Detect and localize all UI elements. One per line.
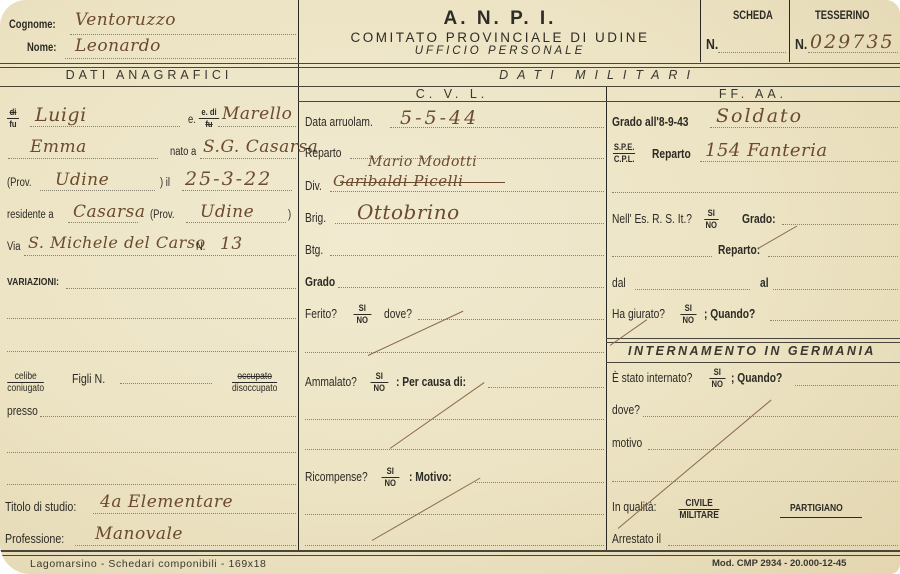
div-label: Div.: [305, 179, 322, 193]
tesserino-n-label: N.: [795, 36, 807, 53]
ferito-no: NO: [354, 315, 371, 326]
di-fu-selector: di fu: [7, 107, 19, 130]
grado-line: [338, 287, 604, 288]
res-prov-line: [186, 222, 286, 223]
motivo-label: : Motivo:: [409, 470, 452, 484]
rsi-cancel-mark: [758, 226, 797, 249]
il-line: [182, 190, 292, 191]
il-label: ) il: [160, 177, 170, 189]
ammalato-label: Ammalato?: [305, 375, 357, 389]
nome-line: [65, 58, 296, 59]
org-title: A. N. P. I.: [300, 8, 700, 30]
tesserino-value: 029735: [810, 31, 895, 53]
prov-label: (Prov.: [7, 177, 31, 189]
ffaa-reparto-label: Reparto: [652, 147, 691, 161]
section-ffaa: FF. AA.: [606, 87, 900, 101]
div-value-correction: Mario Modotti: [368, 154, 477, 170]
variazioni-line-1: [66, 288, 296, 289]
rsi-grado-label: Grado:: [742, 212, 776, 226]
marital-status-selector: celibe coniugato: [7, 371, 44, 394]
variazioni-line-2: [7, 318, 296, 319]
presso-line: [40, 416, 296, 417]
prov-value: Udine: [55, 170, 109, 190]
rule-subsection: [298, 101, 900, 102]
giurato-quando-line: [770, 320, 898, 321]
org-block: A. N. P. I. COMITATO PROVINCIALE DI UDIN…: [300, 8, 700, 57]
per-causa-line: [488, 387, 604, 388]
rule-internamento-bottom: [606, 362, 900, 363]
model-number: Mod. CMP 2934 - 20.000-12-45: [712, 558, 846, 569]
e-di-label: e. di: [199, 107, 219, 118]
nato-a-line: [200, 158, 296, 159]
coniugato-label: coniugato: [7, 383, 44, 394]
ricompense-si: SI: [382, 466, 399, 478]
ricompense-line-2: [305, 514, 604, 515]
divider-cvl-ffaa: [606, 87, 607, 552]
partisan-record-card: Cognome: Ventoruzzo Nome: Leonardo A. N.…: [0, 0, 900, 574]
ffaa-reparto-line: [700, 161, 898, 162]
mother-line-1: [218, 126, 296, 127]
ammalato-si-no: SI NO: [371, 371, 388, 394]
ammalato-line-3: [305, 449, 604, 450]
internato-quando-label: ; Quando?: [731, 371, 782, 385]
ferito-cancel-mark: [368, 311, 464, 356]
giurato-no: NO: [680, 315, 696, 326]
professione-line: [75, 545, 296, 546]
occupation-status-selector: occupato disoccupato: [232, 371, 277, 394]
ricompense-label: Ricompense?: [305, 470, 368, 484]
int-motivo-line: [648, 449, 898, 450]
occupato-label: occupato: [232, 371, 277, 383]
nome-value: Leonardo: [75, 36, 161, 56]
divider-scheda: [700, 0, 701, 62]
section-internamento: INTERNAMENTO IN GERMANIA: [628, 344, 876, 358]
blank-line-2: [7, 484, 296, 485]
rsi-label: Nell' Es. R. S. It.?: [612, 212, 692, 226]
rsi-reparto-label: Reparto:: [718, 243, 760, 257]
data-arruolam-value: 5-5-44: [400, 107, 479, 129]
org-office: UFFICIO PERSONALE: [300, 45, 700, 57]
titolo-line: [93, 513, 296, 514]
nato-a-label: nato a: [170, 146, 196, 158]
tesserino-label: TESSERINO: [815, 10, 870, 22]
e-di-fu-selector: e. di fu: [199, 107, 219, 130]
scheda-line: [718, 52, 786, 53]
figli-label: Figli N.: [72, 371, 105, 386]
mother-line-2: [8, 158, 158, 159]
internato-no: NO: [709, 379, 725, 390]
rule-internamento-top: [606, 338, 900, 343]
giurato-quando-label: ; Quando?: [704, 307, 755, 321]
civile-militare-selector: CIVILE MILITARE: [679, 498, 720, 521]
ricompense-si-no: SI NO: [382, 466, 399, 489]
div-value-struck: Garibaldi Picelli: [333, 172, 463, 190]
grado-8-9-43-line: [710, 127, 898, 128]
ffaa-blank-line: [612, 192, 898, 193]
brig-value: Ottobrino: [357, 200, 460, 224]
int-dove-line: [643, 416, 898, 417]
father-value: Luigi: [35, 104, 87, 126]
int-dove-label: dove?: [612, 403, 640, 417]
rsi-reparto-line: [768, 256, 898, 257]
res-prov-close: ): [288, 209, 291, 221]
rsi-no: NO: [704, 220, 718, 231]
blank-line-1: [7, 452, 296, 453]
titolo-studio-value: 4a Elementare: [100, 492, 233, 512]
father-line: [30, 126, 180, 127]
internato-si: SI: [709, 367, 725, 379]
ammalato-line-2: [305, 419, 604, 420]
grado-8-9-43-label: Grado all'8-9-43: [612, 115, 689, 129]
spe-label: S.P.E.: [613, 142, 635, 154]
disoccupato-label: disoccupato: [232, 383, 277, 394]
divider-left: [298, 0, 299, 552]
giurato-si: SI: [680, 303, 696, 315]
divider-tesserino: [789, 0, 790, 62]
mother-value-part1: Marello: [222, 104, 292, 124]
res-prov-label: (Prov.: [150, 209, 174, 221]
section-dati-militari: DATI MILITARI: [298, 68, 900, 82]
al-line: [773, 289, 898, 290]
birth-date-value: 25-3-22: [185, 168, 272, 190]
via-n-value: 13: [220, 234, 243, 254]
data-arruolam-line: [390, 127, 604, 128]
rsi-si-no: SI NO: [704, 208, 718, 231]
figli-line: [120, 383, 212, 384]
tesserino-line: [808, 52, 898, 53]
variazioni-line-3: [7, 351, 296, 352]
ffaa-reparto-value: 154 Fanteria: [705, 140, 828, 161]
section-dati-anagrafici: DATI ANAGRAFICI: [0, 68, 298, 82]
rsi-blank-line: [612, 256, 712, 257]
dal-label: dal: [612, 276, 626, 290]
internato-si-no: SI NO: [709, 367, 725, 390]
prov-line: [40, 190, 155, 191]
e-label: e.: [188, 114, 196, 126]
giurato-si-no: SI NO: [680, 303, 696, 326]
mother-value-part2: Emma: [30, 137, 87, 157]
cognome-line: [70, 34, 296, 35]
org-subtitle: COMITATO PROVINCIALE DI UDINE: [300, 30, 700, 45]
internato-label: È stato internato?: [612, 371, 692, 385]
ferito-si: SI: [354, 303, 371, 315]
ricompense-line-3: [305, 545, 604, 546]
section-cvl: C. V. L.: [298, 87, 606, 101]
printer-credit: Lagomarsino - Schedari componibili - 169…: [30, 558, 267, 570]
ferito-line-2: [305, 352, 604, 353]
ferito-dove-label: dove?: [384, 307, 412, 321]
grado-8-9-43-value: Soldato: [716, 105, 803, 127]
arrestato-label: Arrestato il: [612, 532, 661, 546]
nato-a-value: S.G. Casarsa: [203, 137, 318, 157]
militare-label: MILITARE: [679, 510, 720, 521]
e-fu-label: fu: [199, 118, 219, 130]
al-label: al: [760, 276, 769, 290]
presso-label: presso: [7, 404, 38, 418]
ammalato-no: NO: [371, 383, 388, 394]
per-causa-label: : Per causa di:: [396, 375, 466, 389]
cpl-label: C.P.L.: [613, 154, 635, 165]
dal-line: [635, 289, 750, 290]
ferito-si-no: SI NO: [354, 303, 371, 326]
professione-label: Professione:: [5, 531, 64, 546]
res-prov-value: Udine: [200, 202, 254, 222]
scheda-label: SCHEDA: [733, 10, 773, 22]
rule-footer: [0, 550, 900, 556]
residente-line: [68, 222, 138, 223]
ricompense-no: NO: [382, 478, 399, 489]
data-arruolam-label: Data arruolam.: [305, 115, 373, 129]
ammalato-cancel-mark: [390, 382, 485, 449]
via-label: Via: [7, 241, 20, 253]
professione-value: Manovale: [95, 524, 183, 544]
partigiano-label: PARTIGIANO: [790, 503, 843, 514]
cognome-value: Ventoruzzo: [75, 10, 176, 30]
spe-cpl-selector: S.P.E. C.P.L.: [613, 142, 635, 165]
ferito-label: Ferito?: [305, 307, 337, 321]
di-label: di: [7, 107, 19, 119]
scheda-n-label: N.: [706, 36, 718, 53]
nome-label: Nome:: [27, 42, 56, 54]
rsi-grado-line: [782, 224, 898, 225]
celibe-label: celibe: [7, 371, 44, 383]
partigiano-option: PARTIGIANO: [780, 498, 862, 518]
int-motivo-label: motivo: [612, 436, 642, 450]
div-strikethrough: [340, 182, 505, 183]
ammalato-si: SI: [371, 371, 388, 383]
reparto-label: Reparto: [305, 146, 341, 160]
titolo-studio-label: Titolo di studio:: [5, 499, 76, 514]
via-line: [24, 255, 296, 256]
via-n-label: N.: [196, 241, 205, 253]
cognome-label: Cognome:: [9, 19, 56, 31]
fu-label: fu: [7, 119, 19, 130]
int-blank-line: [612, 481, 898, 482]
variazioni-label: VARIAZIONI:: [7, 276, 59, 288]
arrestato-line: [668, 545, 898, 546]
giurato-label: Ha giurato?: [612, 307, 665, 321]
rsi-si: SI: [704, 208, 718, 220]
residente-value: Casarsa: [73, 202, 146, 222]
motivo-line: [475, 482, 604, 483]
internato-quando-line: [795, 385, 898, 386]
div-line: [330, 191, 604, 192]
brig-label: Brig.: [305, 211, 326, 225]
btg-label: Btg.: [305, 243, 323, 257]
residente-label: residente a: [7, 209, 54, 221]
via-value: S. Michele del Carso: [28, 233, 206, 252]
btg-line: [330, 255, 604, 256]
grado-label: Grado: [305, 275, 335, 289]
civile-label: CIVILE: [679, 498, 720, 510]
brig-line: [335, 223, 604, 224]
